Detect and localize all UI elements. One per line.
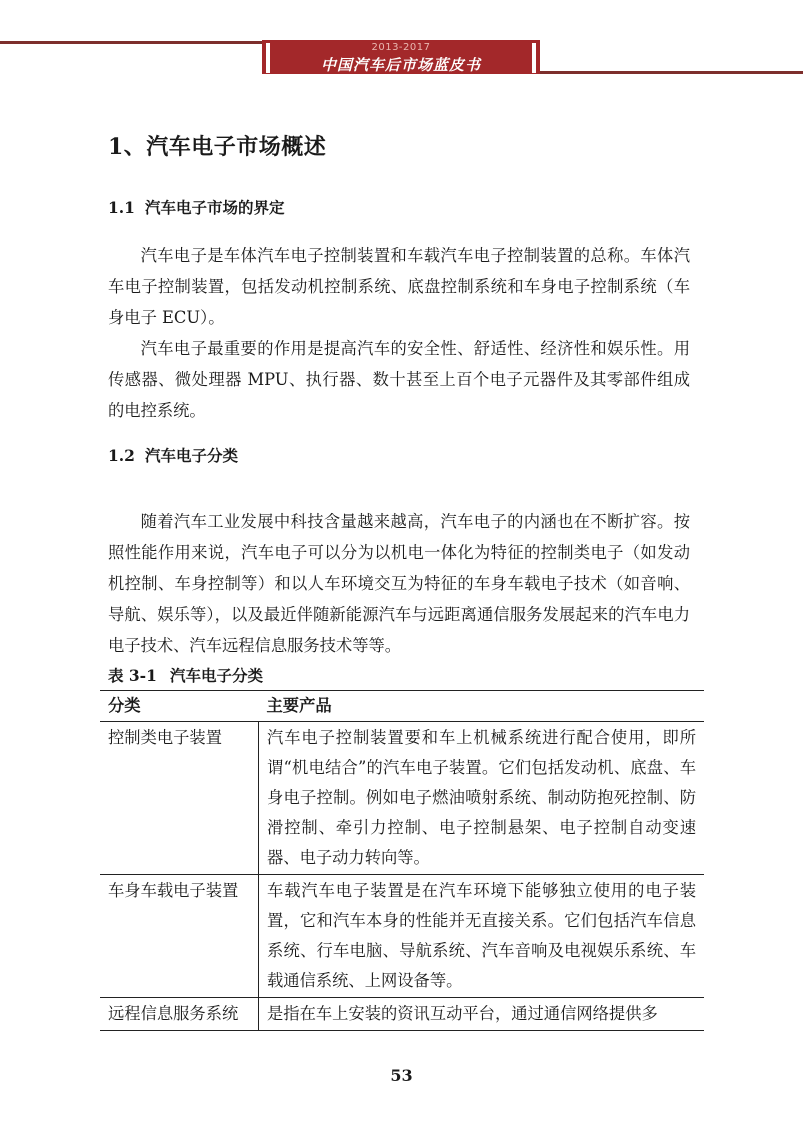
- classification-table: 分类 主要产品 控制类电子装置 汽车电子控制装置要和车上机械系统进行配合使用，即…: [100, 690, 704, 1031]
- header-year-range: 2013-2017: [262, 42, 540, 53]
- header-rule-right: [540, 71, 803, 74]
- subsection-heading-1-1: 1.1汽车电子市场的界定: [108, 196, 285, 218]
- column-header-category: 分类: [100, 691, 259, 722]
- subsection-number: 1.2: [108, 446, 145, 465]
- subsection-title: 汽车电子分类: [145, 446, 238, 465]
- table-cell-category: 远程信息服务系统: [100, 998, 259, 1031]
- table-row: 控制类电子装置 汽车电子控制装置要和车上机械系统进行配合使用，即所谓“机电结合”…: [100, 722, 704, 875]
- paragraph-classification: 随着汽车工业发展中科技含量越来越高，汽车电子的内涵也在不断扩容。按照性能作用来说…: [108, 506, 690, 661]
- table-cell-products: 是指在车上安装的资讯互动平台，通过通信网络提供多: [259, 998, 705, 1031]
- table-header-row: 分类 主要产品: [100, 691, 704, 722]
- paragraph-definition: 汽车电子是车体汽车电子控制装置和车载汽车电子控制装置的总称。车体汽车电子控制装置…: [108, 240, 690, 333]
- table-cell-products: 车载汽车电子装置是在汽车环境下能够独立使用的电子装置，它和汽车本身的性能并无直接…: [259, 875, 705, 998]
- header-rule-left: [0, 41, 262, 44]
- subsection-number: 1.1: [108, 198, 145, 217]
- section-title: 1、汽车电子市场概述: [108, 130, 326, 161]
- subsection-title: 汽车电子市场的界定: [145, 198, 285, 217]
- header-book-title: 中国汽车后市场蓝皮书: [262, 54, 540, 75]
- table-caption-number: 表 3-1: [108, 664, 170, 686]
- table-caption-title: 汽车电子分类: [170, 666, 263, 685]
- table-row: 车身车载电子装置 车载汽车电子装置是在汽车环境下能够独立使用的电子装置，它和汽车…: [100, 875, 704, 998]
- table-cell-products: 汽车电子控制装置要和车上机械系统进行配合使用，即所谓“机电结合”的汽车电子装置。…: [259, 722, 705, 875]
- paragraph-role: 汽车电子最重要的作用是提高汽车的安全性、舒适性、经济性和娱乐性。用传感器、微处理…: [108, 333, 690, 426]
- page-number: 53: [0, 1066, 803, 1085]
- table-row: 远程信息服务系统 是指在车上安装的资讯互动平台，通过通信网络提供多: [100, 998, 704, 1031]
- subsection-heading-1-2: 1.2汽车电子分类: [108, 444, 238, 466]
- table-caption: 表 3-1汽车电子分类: [108, 664, 263, 686]
- table-cell-category: 控制类电子装置: [100, 722, 259, 875]
- table-cell-category: 车身车载电子装置: [100, 875, 259, 998]
- column-header-products: 主要产品: [259, 691, 705, 722]
